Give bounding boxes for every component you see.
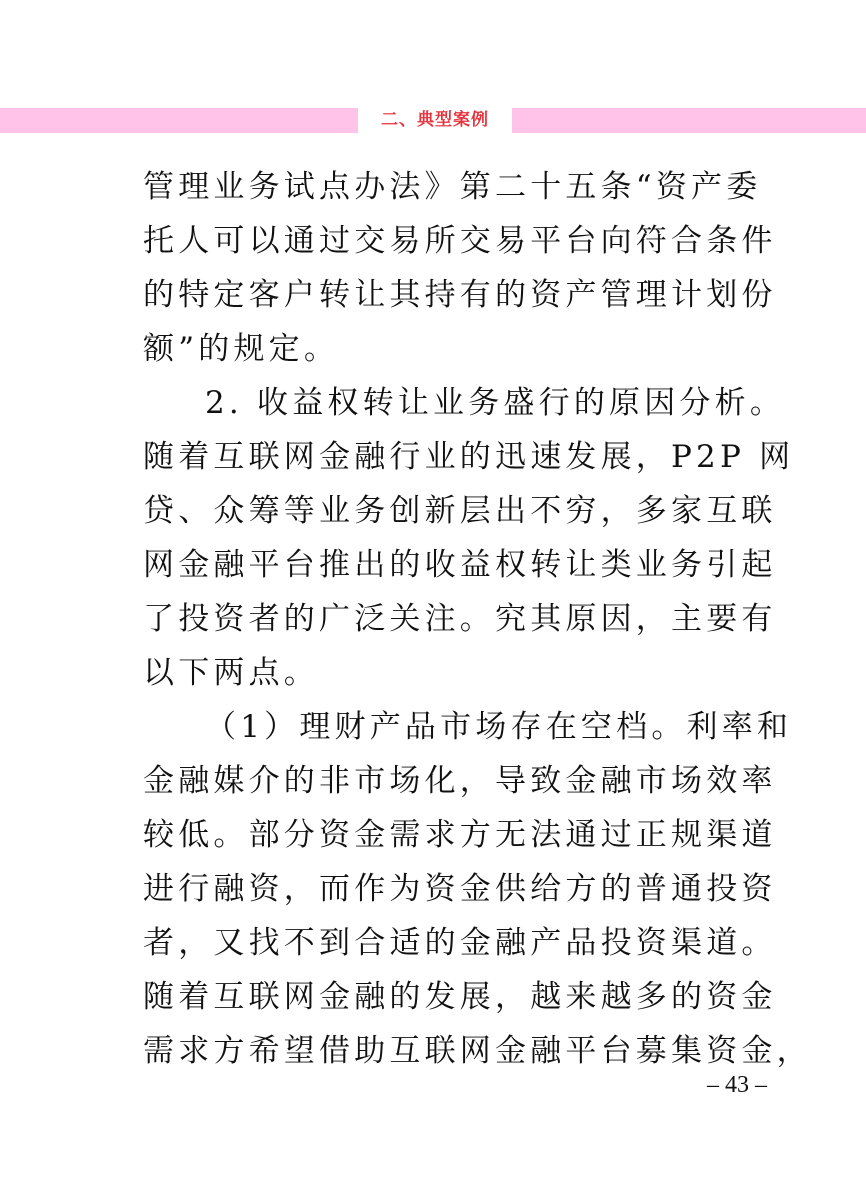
body-text: 管理业务试点办法》第二十五条“资产委 托人可以通过交易所交易平台向符合条件 的特… <box>143 160 733 1078</box>
text-line: 较低。部分资金需求方无法通过正规渠道 <box>143 808 733 862</box>
text-line: 管理业务试点办法》第二十五条“资产委 <box>143 160 733 214</box>
text-line: 进行融资，而作为资金供给方的普通投资 <box>143 862 733 916</box>
text-line: 需求方希望借助互联网金融平台募集资金， <box>143 1024 733 1078</box>
text-line: 以下两点。 <box>143 646 733 700</box>
header-bar-right <box>512 108 866 133</box>
paragraph-heading: 2. 收益权转让业务盛行的原因分析。 <box>143 376 733 430</box>
text-line: 贷、众筹等业务创新层出不穷，多家互联 <box>143 484 733 538</box>
section-title: 二、典型案例 <box>358 106 512 134</box>
text-line: 托人可以通过交易所交易平台向符合条件 <box>143 214 733 268</box>
text-line: 的特定客户转让其持有的资产管理计划份 <box>143 268 733 322</box>
header-bar-left <box>0 108 358 133</box>
text-line: 金融媒介的非市场化，导致金融市场效率 <box>143 754 733 808</box>
page-number: – 43 – <box>694 1072 780 1099</box>
text-line: 了投资者的广泛关注。究其原因，主要有 <box>143 592 733 646</box>
paragraph-heading: （1）理财产品市场存在空档。利率和 <box>143 700 733 754</box>
text-line: 随着互联网金融行业的迅速发展，P2P 网 <box>143 430 733 484</box>
text-line: 网金融平台推出的收益权转让类业务引起 <box>143 538 733 592</box>
text-line: 者，又找不到合适的金融产品投资渠道。 <box>143 916 733 970</box>
text-line: 随着互联网金融的发展，越来越多的资金 <box>143 970 733 1024</box>
text-line: 额”的规定。 <box>143 322 733 376</box>
